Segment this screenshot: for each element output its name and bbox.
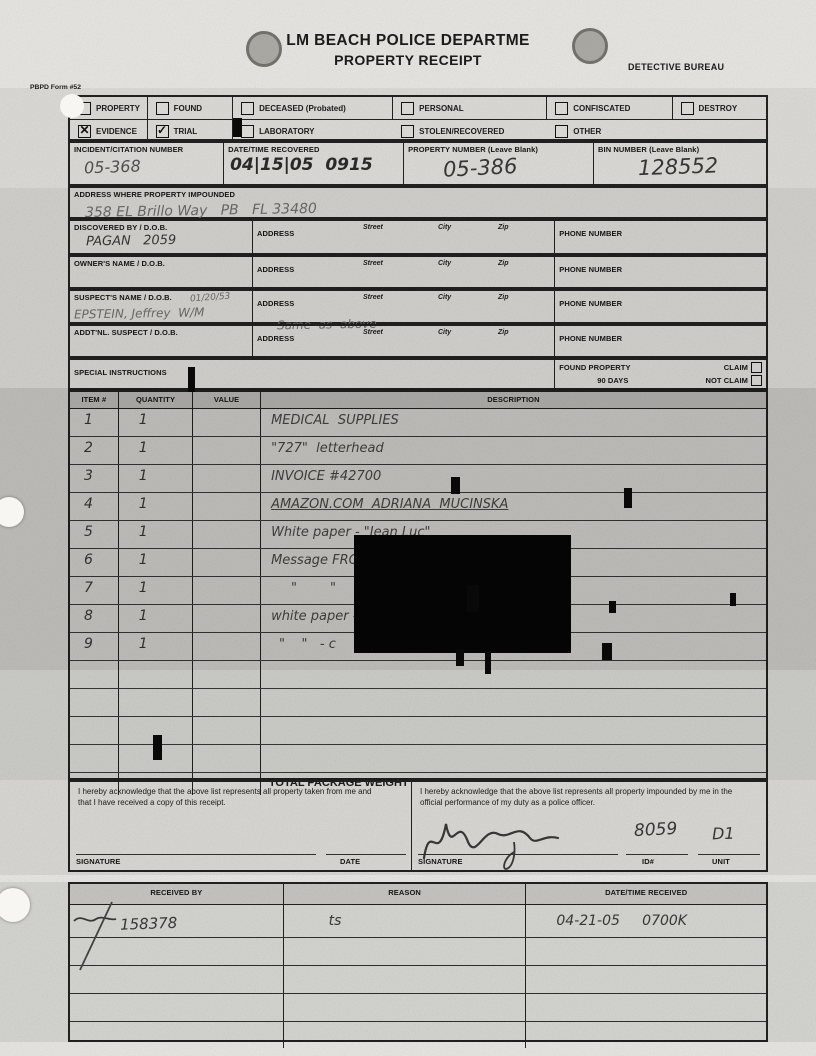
item-row-12: [70, 717, 766, 745]
deceased-checkbox-icon: [241, 102, 254, 115]
officer-id-value: 8059: [634, 819, 678, 841]
item-row-2: 2 1 "727" letterhead: [70, 437, 766, 465]
punch-hole-top-left: [246, 31, 282, 67]
checkbox-other: OTHER: [547, 120, 672, 142]
unit-label: UNIT: [712, 857, 730, 866]
bin-number-field: BIN NUMBER (Leave Blank) 128552: [594, 143, 766, 184]
incident-number-field: INCIDENT/CITATION NUMBER 05-368: [70, 143, 224, 184]
not-claim-checkbox-icon: [751, 375, 762, 386]
claim-checkbox-icon: [751, 362, 762, 373]
scan-artifact: [602, 643, 612, 660]
receivedby-signature-value: 158378: [120, 910, 279, 934]
received-row-5: [70, 1022, 766, 1048]
received-row-1: 158378 ts 04-21-05 0700K: [70, 905, 766, 938]
owner-row: OWNER'S NAME / D.O.B. ADDRESS Street Cit…: [68, 255, 768, 289]
property-number-value: 05-386: [443, 150, 590, 182]
checkbox-found: FOUND: [148, 97, 234, 119]
discovered-by-row: DISCOVERED BY / D.O.B. PAGAN 2059 ADDRES…: [68, 219, 768, 255]
checkbox-laboratory: LABORATORY: [233, 120, 393, 142]
ack-left-statement: I hereby acknowledge that the above list…: [78, 787, 378, 809]
address-impounded-section: ADDRESS WHERE PROPERTY IMPOUNDED 358 EL …: [68, 186, 768, 219]
form-number: PBPD Form #52: [30, 84, 81, 91]
stolen-checkbox-icon: [401, 125, 414, 138]
item-row-11: [70, 689, 766, 717]
checkbox-stolen: STOLEN/RECOVERED: [393, 120, 547, 142]
checkbox-personal: PERSONAL: [393, 97, 547, 119]
scan-artifact: [188, 367, 195, 392]
scan-artifact: [456, 649, 464, 666]
redaction-box: [354, 535, 571, 653]
suspect-row: SUSPECT'S NAME / D.O.B. 01/20/53 EPSTEIN…: [68, 289, 768, 324]
property-number-field: PROPERTY NUMBER (Leave Blank) 05-386: [404, 143, 594, 184]
laboratory-checkbox-icon: [241, 125, 254, 138]
officer-unit-value: D1: [712, 824, 735, 844]
scanned-property-receipt: LM BEACH POLICE DEPARTME PROPERTY RECEIP…: [0, 0, 816, 1056]
found-checkbox-icon: [156, 102, 169, 115]
scan-artifact: [467, 585, 479, 612]
suspect-name-value: EPSTEIN, Jeffrey W/M: [74, 304, 248, 321]
checkbox-evidence: ✕ EVIDENCE: [70, 120, 148, 142]
signature-descender-stroke: [70, 898, 120, 973]
signature-label-left: SIGNATURE: [76, 857, 121, 866]
bin-number-value: 128552: [638, 152, 763, 180]
received-row-3: [70, 966, 766, 994]
item-row-3: 3 1 INVOICE #42700: [70, 465, 766, 493]
checkbox-destroy: DESTROY: [673, 97, 766, 119]
item-row-1: 1 1 MEDICAL SUPPLIES: [70, 409, 766, 437]
punch-hole-left-mid: [0, 497, 24, 527]
suspect-dob-value: 01/20/53: [190, 292, 231, 305]
destroy-checkbox-icon: [681, 102, 694, 115]
checkbox-trial: ✓ TRIAL: [148, 120, 234, 142]
bureau-label: DETECTIVE BUREAU: [628, 62, 724, 72]
received-row-2: [70, 938, 766, 966]
item-row-10: [70, 661, 766, 689]
datetime-recovered-field: DATE/TIME RECOVERED 04|15|05 0915: [224, 143, 404, 184]
discovered-by-value: PAGAN 2059: [86, 232, 248, 250]
scan-artifact: [451, 477, 460, 494]
punch-hole-top-right: [572, 28, 608, 64]
evidence-checkbox-icon: ✕: [78, 125, 91, 138]
punch-hole-left-bottom: [0, 888, 30, 922]
received-row-4: [70, 994, 766, 1022]
scan-artifact: [233, 118, 242, 137]
punch-hole-checkbox: [60, 94, 84, 118]
signature-label-right: SIGNATURE: [418, 857, 463, 866]
document-title: LM BEACH POLICE DEPARTME: [0, 32, 816, 50]
id-label: ID#: [642, 857, 654, 866]
incident-number-value: 05-368: [84, 154, 220, 178]
reason-value: ts: [284, 905, 527, 937]
date-label: DATE: [340, 857, 360, 866]
ack-right-statement: I hereby acknowledge that the above list…: [420, 787, 750, 809]
scan-artifact: [485, 651, 491, 674]
personal-checkbox-icon: [401, 102, 414, 115]
item-row-4: 4 1 AMAZON.COM ADRIANA MUCINSKA: [70, 493, 766, 521]
scan-artifact: [624, 488, 632, 508]
received-table: RECEIVED BY REASON DATE/TIME RECEIVED 15…: [68, 882, 768, 1042]
incident-section: INCIDENT/CITATION NUMBER 05-368 DATE/TIM…: [68, 141, 768, 186]
classification-section: PROPERTY FOUND DECEASED (Probated) PERSO…: [68, 95, 768, 141]
checkbox-confiscated: CONFISCATED: [547, 97, 672, 119]
datetime-recovered-value: 04|15|05 0915: [230, 155, 399, 175]
item-row-13: [70, 745, 766, 773]
trial-checkbox-icon: ✓: [156, 125, 169, 138]
other-checkbox-icon: [555, 125, 568, 138]
scan-artifact: [609, 601, 616, 613]
acknowledgment-section: I hereby acknowledge that the above list…: [68, 780, 768, 872]
confiscated-checkbox-icon: [555, 102, 568, 115]
additional-suspect-row: ADDT'NL. SUSPECT / D.O.B. ADDRESS Street…: [68, 324, 768, 358]
scan-artifact: [153, 735, 162, 760]
datetime-received-value: 04-21-05 0700K: [526, 905, 766, 937]
scan-artifact: [730, 593, 736, 606]
special-instructions-section: SPECIAL INSTRUCTIONS FOUND PROPERTY CLAI…: [68, 358, 768, 390]
checkbox-deceased: DECEASED (Probated): [233, 97, 393, 119]
